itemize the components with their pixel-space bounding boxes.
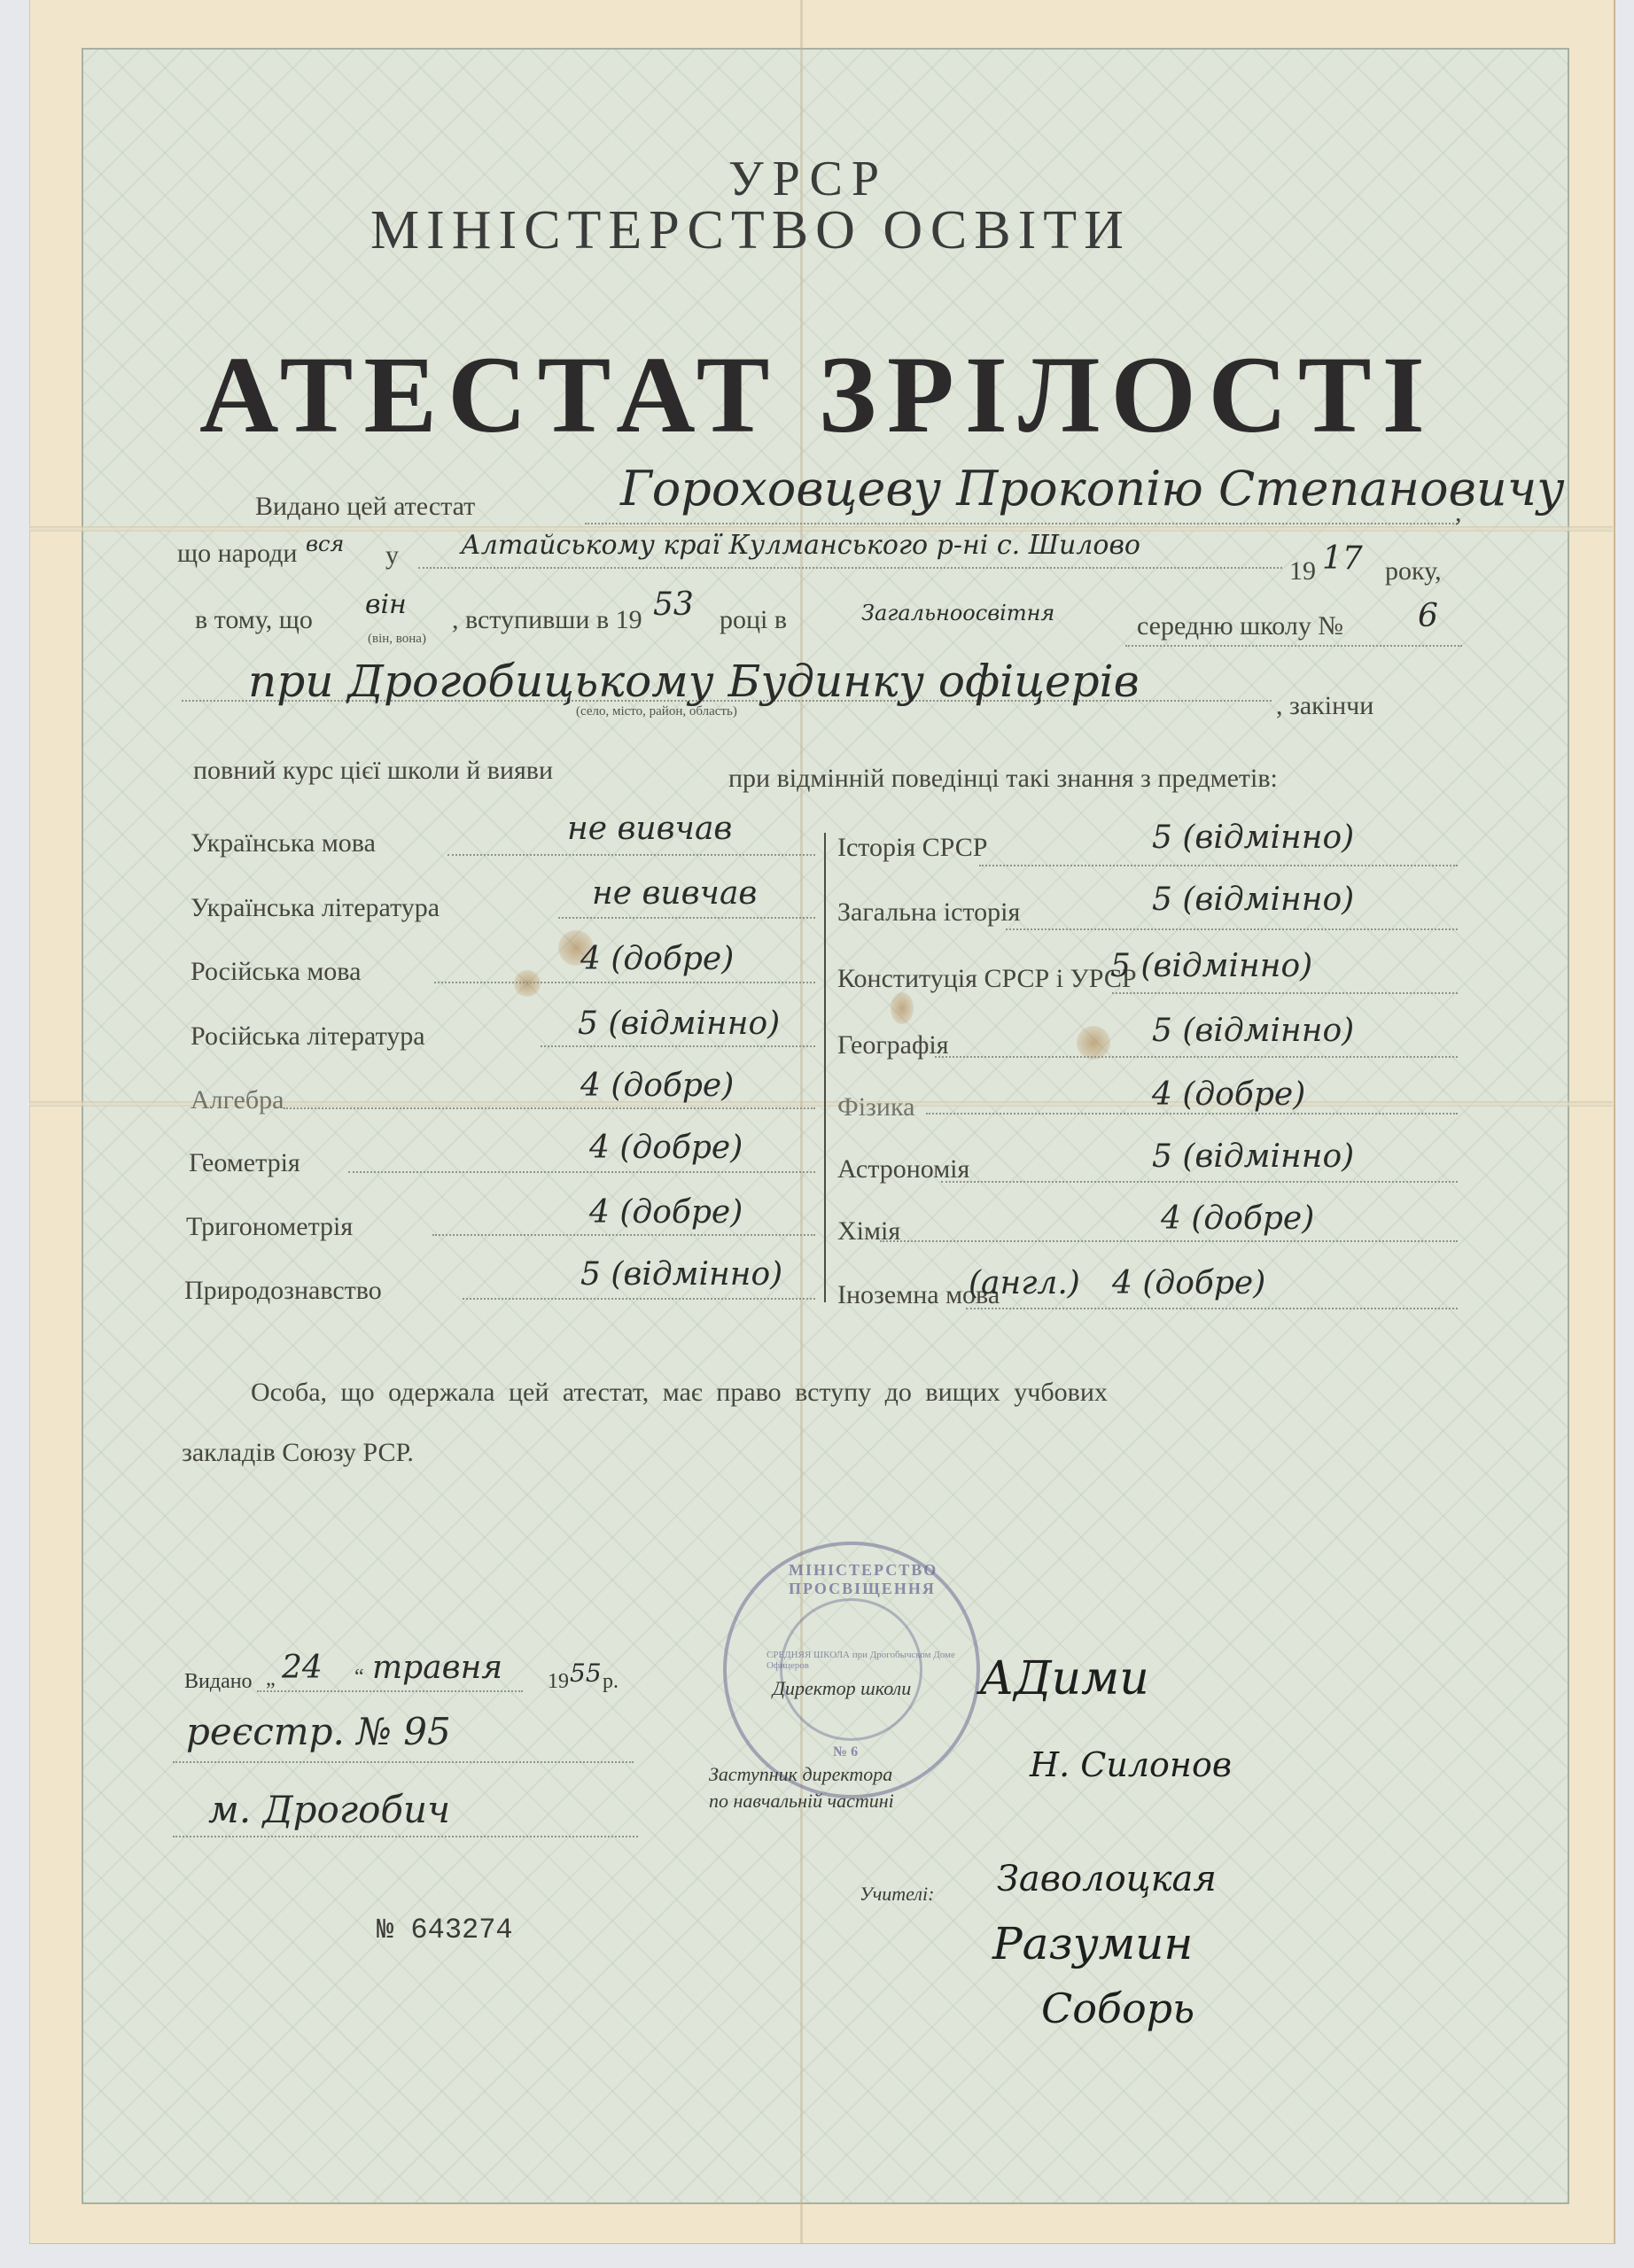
subject-grade: 5 (відмінно) [1152,882,1354,918]
grade-underline [935,1056,1458,1058]
finished-label: , закінчи [1276,691,1373,721]
subject-name: Конституція СРСР і УРСР [837,964,1137,994]
subjects-divider [824,833,826,1302]
grade-underline [348,1171,815,1173]
grade-underline [926,1113,1458,1115]
official-stamp: МІНІСТЕРСТВО ПРОСВІЩЕННЯ СРЕДНЯЯ ШКОЛА п… [723,1542,980,1798]
subject-name: Астрономія [837,1154,969,1184]
grade-underline [447,854,815,856]
name-underline [585,523,1458,524]
deputy-signature: Н. Силонов [1030,1745,1232,1784]
subject-name: Українська мова [191,828,376,858]
course-label-left: повний курс цієї школи й вияви [193,756,553,786]
school-number: 6 [1418,598,1438,634]
teacher-signature-3: Соборь [1041,1984,1194,2032]
grade-underline [558,917,815,919]
entry-year: 53 [653,586,694,623]
subject-grade: 5 (відмінно) [1152,1013,1354,1049]
subject-name: Історія СРСР [837,833,987,863]
birth-year: 17 [1322,540,1363,577]
subject-grade: не вивчав [592,875,757,912]
grade-underline [941,1181,1458,1183]
subject-grade: 4 (добре) [1112,1265,1265,1301]
school-underline [1125,645,1462,647]
stain [1077,1026,1110,1060]
subject-grade: 4 (добре) [580,1068,734,1104]
issue-city: м. Дрогобич [208,1788,450,1831]
teacher-signature-2: Разумин [992,1918,1193,1969]
subject-grade: 5 (відмінно) [578,1006,780,1042]
grade-underline [966,1308,1458,1309]
birth-year-label: року, [1385,556,1442,586]
ministry-heading: МІНІСТЕРСТВО ОСВІТИ [370,199,1131,262]
grade-underline [434,982,815,983]
subject-grade: 5 (відмінно) [580,1256,782,1293]
grade-underline [463,1298,815,1300]
date-underline [257,1690,523,1692]
grade-underline [1112,992,1458,994]
subject-grade: 5 (відмінно) [1152,819,1354,856]
serial-number: № 643274 [377,1914,513,1946]
subject-name: Геометрія [189,1148,300,1178]
deputy-label-2: по навчальній частині [709,1790,894,1813]
subject-name: Тригонометрія [186,1212,353,1242]
subject-name: Українська література [191,893,440,923]
close-quote: “ [354,1666,364,1689]
rights-line-1: Особа, що одержала цей атестат, має прав… [251,1378,1108,1408]
rights-line-2: закладів Союзу РСР. [182,1438,414,1468]
subject-name: Фізика [837,1092,914,1122]
stamp-outer-text: МІНІСТЕРСТВО ПРОСВІЩЕННЯ [789,1561,977,1598]
subject-grade: не вивчав [567,811,732,847]
registry-underline [173,1761,634,1763]
issue-year: 55 [570,1658,602,1688]
subject-grade: 5 (відмінно) [1152,1138,1354,1175]
school-location: при Дрогобицькому Будинку офіцерів [248,656,1140,707]
city-underline [173,1836,638,1837]
subject-name: Географія [837,1030,949,1060]
birthplace-underline [418,567,1282,569]
school-type: Загальноосвітня [861,601,1054,625]
birthplace: Алтайському краї Кулманського р-ні с. Ши… [461,530,1140,561]
registry-number: реєстр. № 95 [186,1710,451,1753]
grade-underline [432,1234,815,1236]
issued-to-label: Видано цей атестат [255,492,475,522]
location-hint: (село, місто, район, область) [576,704,737,719]
grade-underline [541,1045,815,1047]
issue-year-label: р. [603,1670,619,1694]
issue-month: травня [372,1650,502,1686]
subject-name: Алгебра [191,1085,284,1115]
grade-underline [284,1107,815,1109]
issue-year-prefix: 19 [548,1670,569,1694]
subject-name: Російська література [191,1021,425,1052]
stamp-number: № 6 [833,1744,858,1760]
teacher-signature-1: Заволоцкая [997,1859,1217,1899]
recipient-name: Гороховцеву Прокопію Степановичу [620,461,1565,517]
subject-grade: 4 (добре) [589,1194,743,1231]
pronoun-hint: (він, вона) [368,632,426,647]
open-quote: „ [266,1667,276,1691]
deputy-label-1: Заступник директора [709,1763,892,1786]
subject-grade: 4 (добре) [580,941,734,977]
born-in-label: у [385,540,399,571]
subject-name: Природознавство [184,1276,382,1306]
document-title: АТЕСТАТ ЗРІЛОСТІ [199,332,1436,458]
issued-label: Видано [184,1670,253,1694]
pronoun: він [365,589,407,620]
grade-underline [1006,928,1458,930]
subject-note: (англ.) [969,1265,1080,1301]
school-label: середню школу № [1137,611,1343,641]
born-label: що народи [177,539,297,569]
subject-grade: 4 (добре) [1152,1076,1305,1113]
stain [514,970,541,997]
comma: , [1455,498,1462,528]
subject-grade: 4 (добре) [589,1130,743,1166]
subject-name: Російська мова [191,957,361,987]
teachers-label: Учителі: [860,1883,934,1906]
subject-name: Загальна історія [837,897,1020,928]
subject-grade: 4 (добре) [1161,1200,1314,1237]
stamp-middle-text: СРЕДНЯЯ ШКОЛА при Дрогобычском Доме Офиц… [766,1650,977,1671]
director-signature: АДими [979,1652,1149,1705]
year-label: році в [720,605,787,635]
grade-underline [979,865,1458,866]
stain [891,992,914,1024]
issue-day: 24 [282,1650,323,1686]
course-label-right: при відмінній поведінці такі знання з пр… [728,764,1278,794]
that-label: в тому, що [195,605,313,635]
birth-year-prefix: 19 [1289,556,1316,586]
director-label: Директор школи [773,1677,911,1700]
grade-underline [880,1240,1458,1242]
born-gender-suffix: вся [306,532,344,556]
subject-grade: 5 (відмінно) [1110,948,1312,984]
entered-label: , вступивши в 19 [452,605,642,635]
